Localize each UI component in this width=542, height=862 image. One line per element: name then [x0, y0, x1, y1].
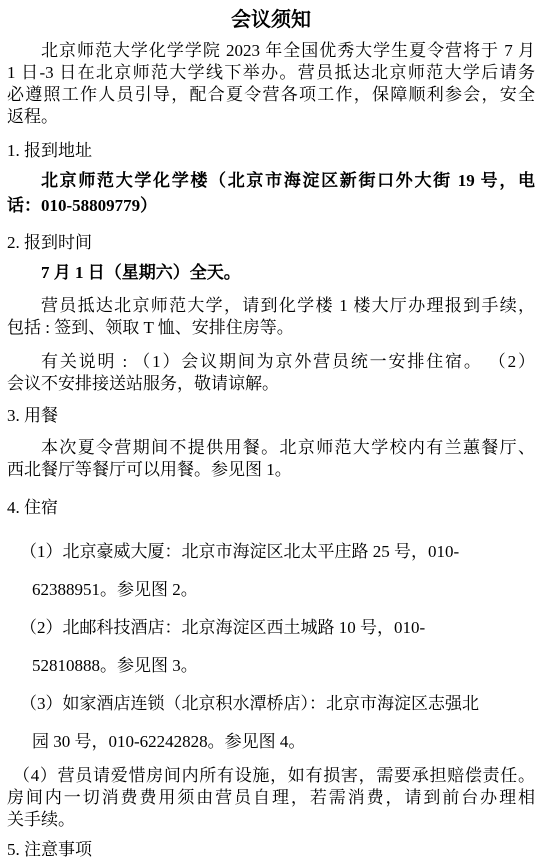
section-4-heading: 4. 住宿 [7, 497, 535, 519]
checkin-line-1: 营员抵达北京师范大学，请到化学楼 1 楼大厅办理报到手续， [7, 295, 535, 317]
hotel-1-line-1: （1）北京豪威大厦：北京市海淀区北太平庄路 25 号，010- [7, 533, 535, 571]
notes-line-2: 会议不安排接送站服务，敬请谅解。 [7, 373, 535, 395]
intro-paragraph: 北京师范大学化学学院 2023 年全国优秀大学生夏令营将于 7 月 1 日-3 … [7, 40, 535, 128]
checkin-line-2: 包括 : 签到、领取 T 恤、安排住房等。 [7, 317, 535, 339]
hotel-2-line-1: （2）北邮科技酒店：北京海淀区西土城路 10 号，010- [7, 609, 535, 647]
hotel-2-paragraph: （2）北邮科技酒店：北京海淀区西土城路 10 号，010- 52810888。参… [7, 609, 535, 685]
hotel-4-paragraph: （4）营员请爱惜房间内所有设施，如有损害，需要承担赔偿责任。 房间内一切消费费用… [7, 765, 535, 831]
time-paragraph: 7 月 1 日（星期六）全天。 [7, 260, 535, 285]
section-1-heading: 1. 报到地址 [7, 140, 535, 162]
notes-line-1: 有关说明 : （1）会议期间为京外营员统一安排住宿。 （2） [7, 351, 535, 373]
notes-paragraph: 有关说明 : （1）会议期间为京外营员统一安排住宿。 （2） 会议不安排接送站服… [7, 351, 535, 395]
dining-line-1: 本次夏令营期间不提供用餐。北京师范大学校内有兰蕙餐厅、 [7, 437, 535, 459]
section-2-heading: 2. 报到时间 [7, 232, 535, 254]
time-line: 7 月 1 日（星期六）全天。 [7, 260, 535, 285]
address-line-1: 北京师范大学化学楼（北京市海淀区新街口外大街 19 号，电 [7, 168, 535, 193]
dining-line-2: 西北餐厅等餐厅可以用餐。参见图 1。 [7, 459, 535, 481]
hotel-4-line-2: 房间内一切消费费用须由营员自理，若需消费，请到前台办理相 [7, 787, 535, 809]
hotel-3-line-1: （3）如家酒店连锁（北京积水潭桥店）：北京市海淀区志强北 [7, 685, 535, 723]
intro-line-3: 必遵照工作人员引导，配合夏令营各项工作，保障顺利参会，安全 [7, 84, 535, 106]
dining-paragraph: 本次夏令营期间不提供用餐。北京师范大学校内有兰蕙餐厅、 西北餐厅等餐厅可以用餐。… [7, 437, 535, 481]
address-paragraph: 北京师范大学化学楼（北京市海淀区新街口外大街 19 号，电 话：010-5880… [7, 168, 535, 218]
hotel-3-line-2: 园 30 号，010-62242828。参见图 4。 [7, 723, 535, 761]
doc-title: 会议须知 [7, 8, 535, 32]
hotel-2-line-2: 52810888。参见图 3。 [7, 647, 535, 685]
intro-line-1: 北京师范大学化学学院 2023 年全国优秀大学生夏令营将于 7 月 [7, 40, 535, 62]
hotel-4-line-3: 关手续。 [7, 809, 535, 831]
intro-line-2: 1 日-3 日在北京师范大学线下举办。营员抵达北京师范大学后请务 [7, 62, 535, 84]
section-5-heading: 5. 注意事项 [7, 839, 535, 861]
intro-line-4: 返程。 [7, 106, 535, 128]
checkin-paragraph: 营员抵达北京师范大学，请到化学楼 1 楼大厅办理报到手续， 包括 : 签到、领取… [7, 295, 535, 339]
hotel-1-paragraph: （1）北京豪威大厦：北京市海淀区北太平庄路 25 号，010- 62388951… [7, 533, 535, 609]
address-line-2: 话：010-58809779） [7, 193, 535, 218]
hotel-4-line-1: （4）营员请爱惜房间内所有设施，如有损害，需要承担赔偿责任。 [7, 765, 535, 787]
hotel-3-paragraph: （3）如家酒店连锁（北京积水潭桥店）：北京市海淀区志强北 园 30 号，010-… [7, 685, 535, 761]
hotel-1-line-2: 62388951。参见图 2。 [7, 571, 535, 609]
document-page: 会议须知 北京师范大学化学学院 2023 年全国优秀大学生夏令营将于 7 月 1… [0, 0, 542, 862]
section-3-heading: 3. 用餐 [7, 405, 535, 427]
